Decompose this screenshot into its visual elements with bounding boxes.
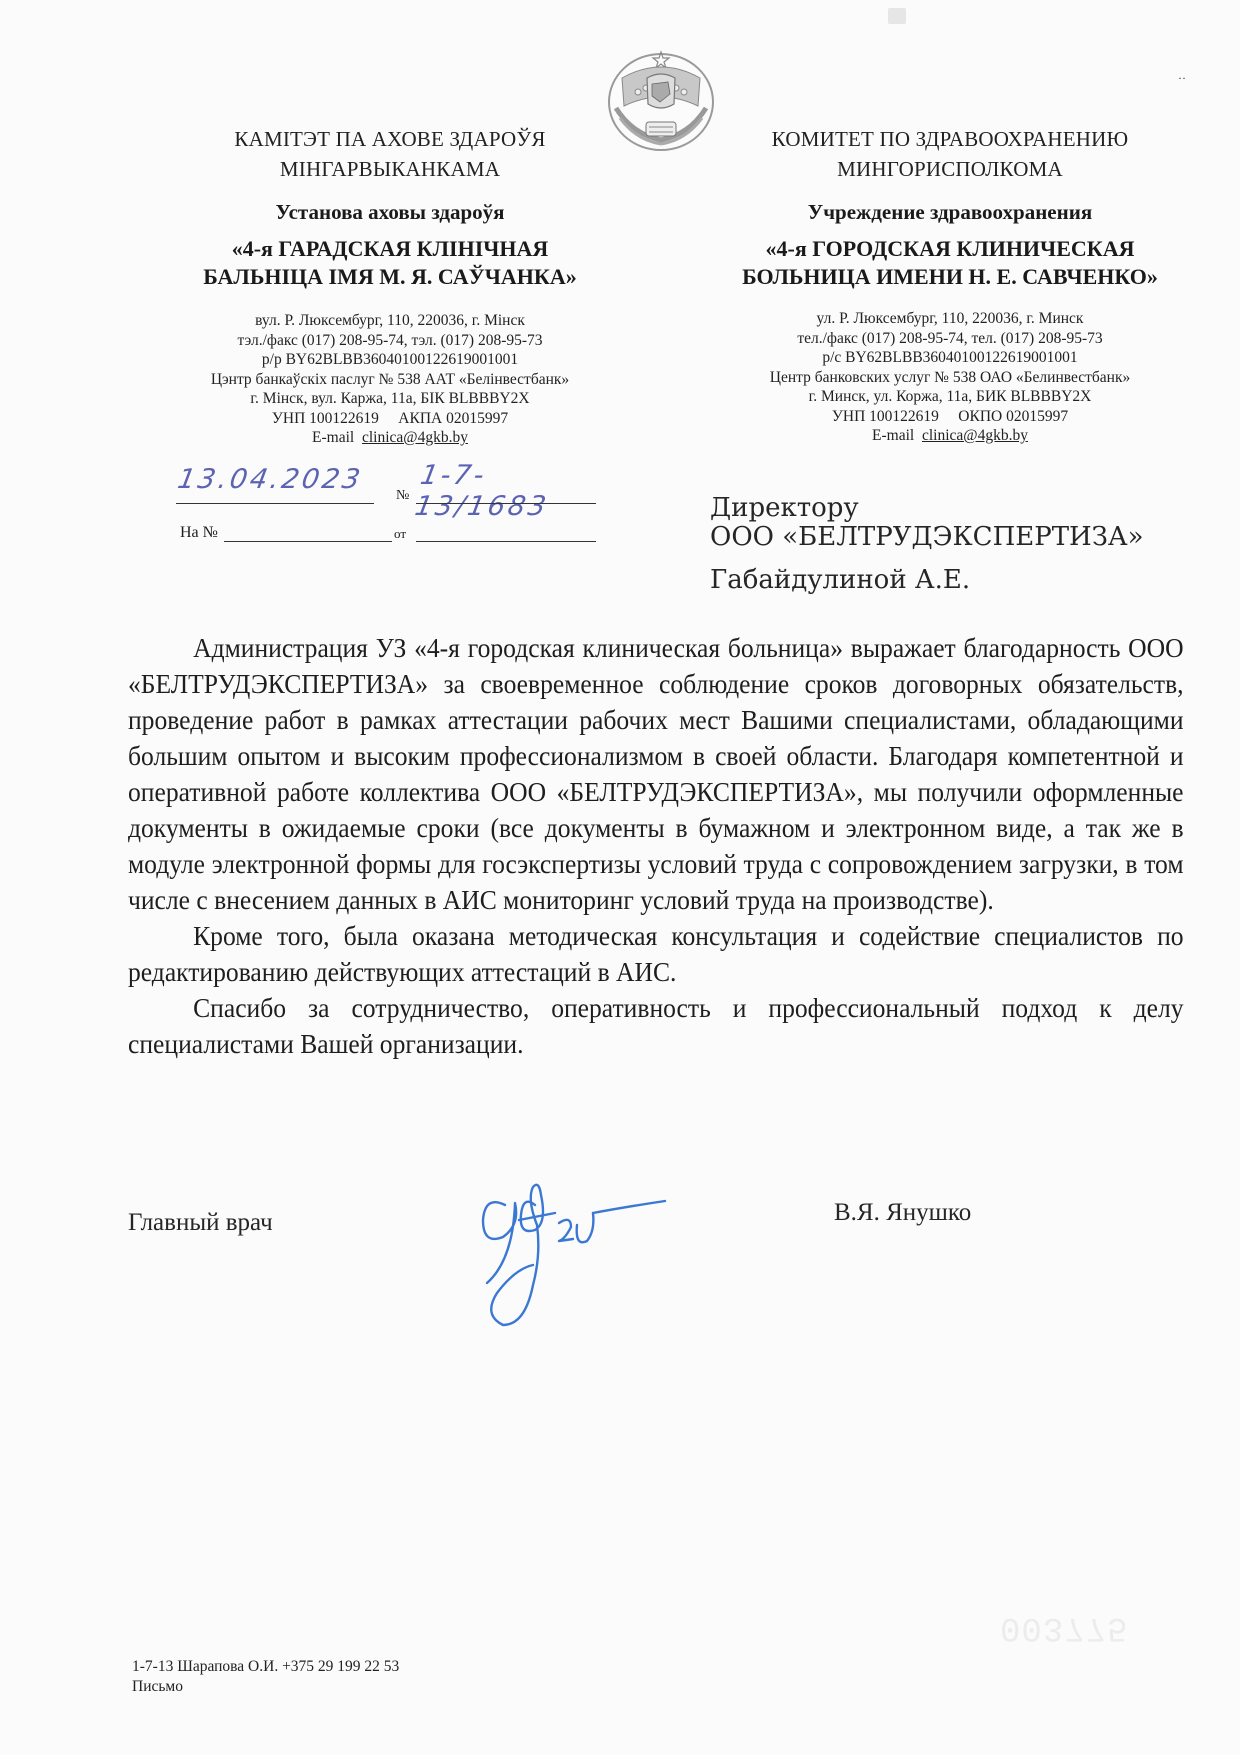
addressee-organization: ООО «БЕЛТРУДЭКСПЕРТИЗА» [710, 523, 1144, 552]
body-paragraph: Спасибо за сотрудничество, оперативность… [128, 990, 1184, 1062]
handwritten-number: 1-7-13/1683 [413, 460, 604, 522]
signer-role: Главный врач [128, 1209, 273, 1237]
reply-number-label: На № [180, 524, 218, 542]
institution-type-ru: Учреждение здравоохранения [700, 200, 1200, 225]
letter-body: Администрация УЗ «4-я городская клиничес… [128, 630, 1184, 1062]
institution-name-line-1: «4-я ГОРОДСКАЯ КЛИНИЧЕСКАЯ [700, 235, 1200, 263]
committee-name-be: КАМІТЭТ ПА АХОВЕ ЗДАРОЎЯ МІНГАРВЫКАНКАМА [160, 124, 620, 184]
handwritten-signature-icon [475, 1165, 705, 1335]
committee-line-1: КАМІТЭТ ПА АХОВЕ ЗДАРОЎЯ [160, 124, 620, 154]
committee-line-2: МИНГОРИСПОЛКОМА [700, 154, 1200, 184]
institution-name-line-2: БАЛЬНІЦА ІМЯ М. Я. САЎЧАНКА» [160, 263, 620, 291]
committee-line-1: КОМИТЕТ ПО ЗДРАВООХРАНЕНИЮ [700, 124, 1200, 154]
registration-row: 13.04.2023 № 1-7-13/1683 [178, 470, 598, 510]
institution-name-be: «4-я ГАРАДСКАЯ КЛІНІЧНАЯ БАЛЬНІЦА ІМЯ М.… [160, 235, 620, 291]
date-line [176, 503, 374, 504]
email-link[interactable]: clinica@4gkb.by [922, 427, 1028, 444]
bank-account: р/с BY62BLBB36040100122619001001 [700, 348, 1200, 368]
phone: тэл./факс (017) 208-95-74, тэл. (017) 20… [160, 331, 620, 351]
handwritten-date: 13.04.2023 [175, 464, 365, 495]
reply-number-line [224, 541, 392, 542]
email-link[interactable]: clinica@4gkb.by [362, 429, 468, 446]
body-paragraph: Администрация УЗ «4-я городская клиничес… [128, 630, 1184, 918]
requisites-ru: ул. Р. Люксембург, 110, 220036, г. Минск… [700, 309, 1200, 446]
email-label: E-mail [872, 427, 914, 444]
body-paragraph: Кроме того, была оказана методическая ко… [128, 918, 1184, 990]
addressee: Директору ООО «БЕЛТРУДЭКСПЕРТИЗА» Габайд… [710, 494, 1144, 595]
addressee-name: Габайдулиной А.Е. [710, 566, 1144, 595]
addressee-position: Директору [710, 494, 1144, 523]
bank-name: Цэнтр банкаўскіх паслуг № 538 ААТ «Белін… [160, 370, 620, 390]
header-right: КОМИТЕТ ПО ЗДРАВООХРАНЕНИЮ МИНГОРИСПОЛКО… [700, 124, 1200, 446]
bank-address: г. Мінск, вул. Каржа, 11а, БІК BLBBBY2X [160, 389, 620, 409]
email-row: E-mail clinica@4gkb.by [160, 428, 620, 448]
footer: 1-7-13 Шарапова О.И. +375 29 199 22 53 П… [132, 1657, 399, 1697]
institution-name-line-2: БОЛЬНИЦА ИМЕНИ Н. Е. САВЧЕНКО» [700, 263, 1200, 291]
header-left: КАМІТЭТ ПА АХОВЕ ЗДАРОЎЯ МІНГАРВЫКАНКАМА… [160, 124, 620, 448]
institution-type-be: Установа аховы здароўя [160, 200, 620, 225]
requisites-be: вул. Р. Люксембург, 110, 220036, г. Мінс… [160, 311, 620, 448]
reply-from-line [416, 541, 596, 542]
scan-dots: ·· [1178, 71, 1186, 86]
committee-line-2: МІНГАРВЫКАНКАМА [160, 154, 620, 184]
institution-name-ru: «4-я ГОРОДСКАЯ КЛИНИЧЕСКАЯ БОЛЬНИЦА ИМЕН… [700, 235, 1200, 291]
stamp-number: 003775 [1000, 1608, 1128, 1646]
number-line [416, 503, 596, 504]
document-type: Письмо [132, 1677, 399, 1697]
bank-account: р/р BY62BLBB36040100122619001001 [160, 350, 620, 370]
tax-ids: УНП 100122619 ОКПО 02015997 [700, 407, 1200, 427]
address: ул. Р. Люксембург, 110, 220036, г. Минск [700, 309, 1200, 329]
phone: тел./факс (017) 208-95-74, тел. (017) 20… [700, 329, 1200, 349]
email-row: E-mail clinica@4gkb.by [700, 426, 1200, 446]
reply-row: На № от [180, 524, 600, 548]
number-label: № [396, 488, 409, 504]
bank-name: Центр банковских услуг № 538 ОАО «Белинв… [700, 368, 1200, 388]
email-label: E-mail [312, 429, 354, 446]
executor-info: 1-7-13 Шарапова О.И. +375 29 199 22 53 [132, 1657, 399, 1677]
scan-mark [888, 8, 906, 24]
institution-name-line-1: «4-я ГАРАДСКАЯ КЛІНІЧНАЯ [160, 235, 620, 263]
bank-address: г. Минск, ул. Коржа, 11а, БИК BLBBBY2X [700, 387, 1200, 407]
tax-ids: УНП 100122619 АКПА 02015997 [160, 409, 620, 429]
address: вул. Р. Люксембург, 110, 220036, г. Мінс… [160, 311, 620, 331]
reply-from-label: от [394, 526, 406, 542]
signer-name: В.Я. Янушко [834, 1199, 971, 1227]
committee-name-ru: КОМИТЕТ ПО ЗДРАВООХРАНЕНИЮ МИНГОРИСПОЛКО… [700, 124, 1200, 184]
